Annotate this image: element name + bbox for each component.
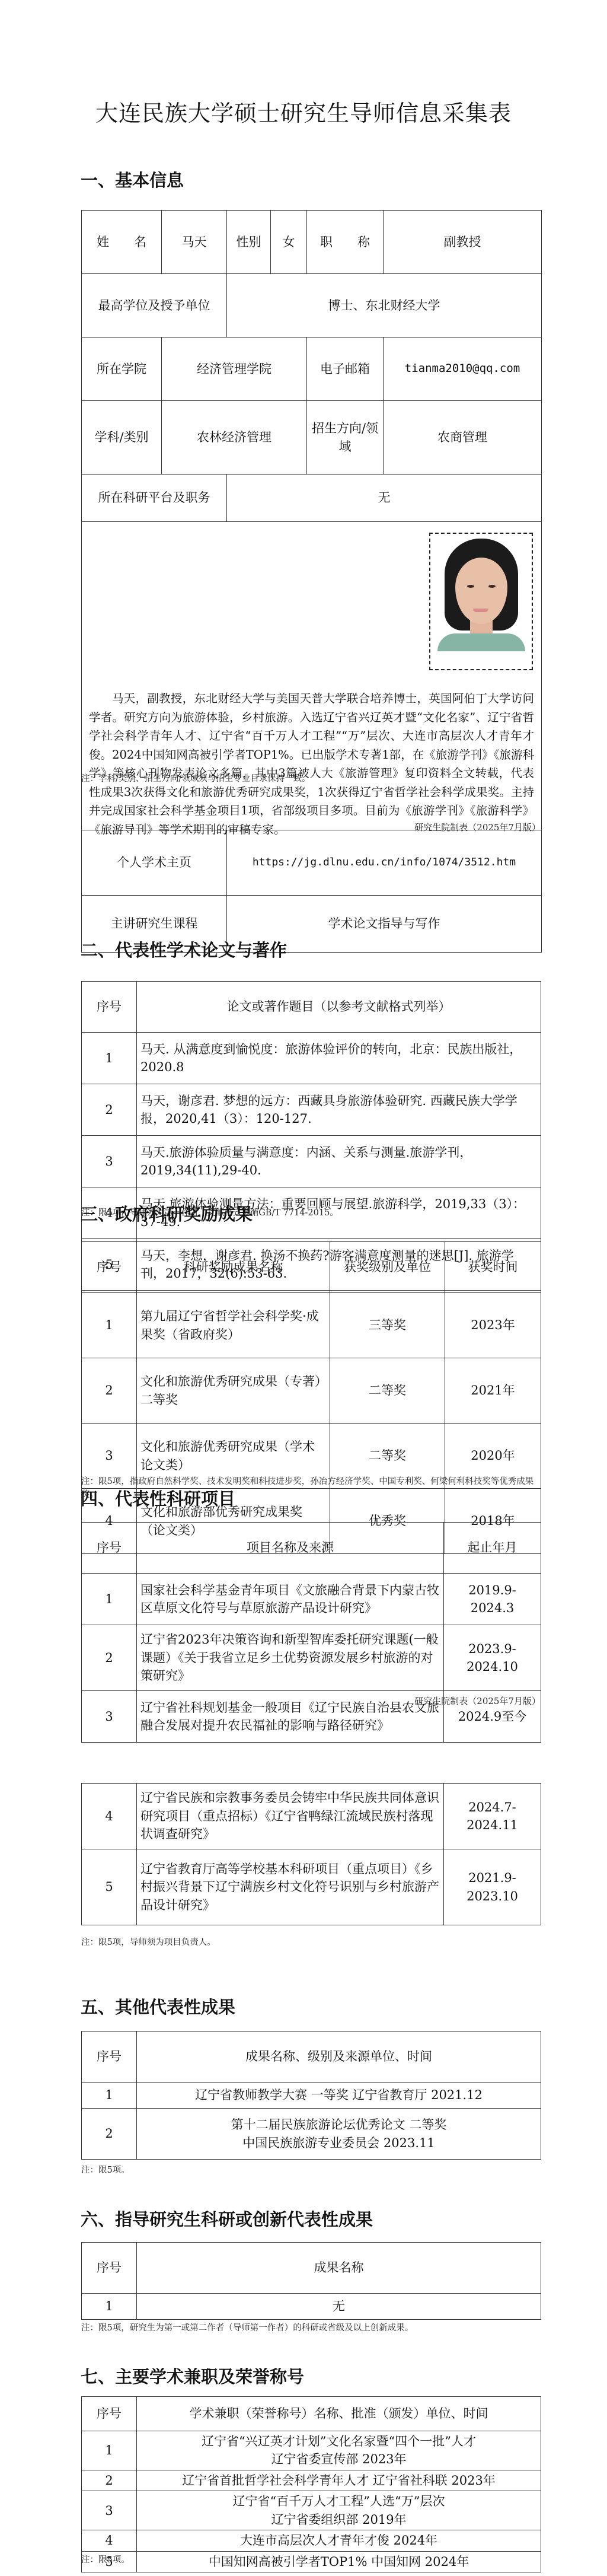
other-no: 2 <box>82 2109 137 2160</box>
name-value: 马天 <box>162 211 227 274</box>
award-name: 第九届辽宁省哲学社会科学奖·成果奖（省政府奖） <box>137 1293 330 1358</box>
honor-no: 1 <box>82 2431 137 2470</box>
honors-table: 序号学术兼职（荣誉称号）名称、批准（颁发）单位、时间 1辽宁省“兴辽英才计划”文… <box>81 2396 541 2572</box>
others-header-name: 成果名称、级别及来源单位、时间 <box>137 2031 541 2083</box>
name-label: 姓 名 <box>82 211 162 274</box>
photo-frame <box>429 533 533 670</box>
award-no: 2 <box>82 1358 137 1424</box>
honor-name: 辽宁省“兴辽英才计划”文化名家暨“四个一批”人才辽宁省委宣传部 2023年 <box>137 2431 541 2470</box>
awards-header-name: 科研奖励成果名称 <box>137 1242 330 1293</box>
students-header-no: 序号 <box>82 2243 137 2294</box>
honors-header-name: 学术兼职（荣誉称号）名称、批准（颁发）单位、时间 <box>137 2397 541 2431</box>
college-value: 经济管理学院 <box>162 337 307 401</box>
section-students-heading: 六、指导研究生科研或创新代表性成果 <box>81 2206 373 2231</box>
direction-label: 招生方向/领域 <box>307 401 384 475</box>
other-name: 辽宁省教师教学大赛 一等奖 辽宁省教育厅 2021.12 <box>137 2083 541 2109</box>
student-no: 1 <box>82 2294 137 2320</box>
project-period: 2023.9-2024.10 <box>444 1625 541 1691</box>
project-name: 辽宁省民族和宗教事务委员会铸牢中华民族共同体意识研究项目（重点招标）《辽宁省鸭绿… <box>137 1784 444 1849</box>
section-projects-heading: 四、代表性科研项目 <box>81 1486 235 1510</box>
honor-line: 辽宁省“百千万人才工程”人选“万”层次 <box>140 2492 537 2510</box>
email-value: tianma2010@qq.com <box>384 337 542 401</box>
honor-name: 大连市高层次人才青年才俊 2024年 <box>137 2530 541 2551</box>
paper-title: 马天.旅游体验质量与满意度：内涵、关系与测量.旅游学刊，2019,34(11),… <box>137 1136 541 1187</box>
project-name: 辽宁省社科规划基金一般项目《辽宁民族自治县农文旅融合发展对提升农民福祉的影响与路… <box>137 1691 444 1743</box>
paper-title: 马天. 从满意度到愉悦度：旅游体验评价的转向，北京：民族出版社，2020.8 <box>137 1033 541 1084</box>
project-name: 辽宁省2023年决策咨询和新型智库委托研究课题(一般课题）《关于我省立足乡土优势… <box>137 1625 444 1691</box>
gender-label: 性别 <box>227 211 271 274</box>
honor-no: 3 <box>82 2491 137 2530</box>
platform-value: 无 <box>227 475 542 522</box>
projects-header-no: 序号 <box>82 1523 137 1574</box>
other-name: 第十二届民族旅游论坛优秀论文 二等奖中国民族旅游专业委员会 2023.11 <box>137 2109 541 2160</box>
honor-line: 辽宁省首批哲学社会科学青年人才 辽宁省社科联 2023年 <box>140 2472 537 2489</box>
other-line: 辽宁省教师教学大赛 一等奖 辽宁省教育厅 2021.12 <box>140 2086 537 2104</box>
project-name: 国家社会科学基金青年项目《文旅融合背景下内蒙古牧区草原文化符号与草原旅游产品设计… <box>137 1574 444 1625</box>
students-table: 序号成果名称 1无 <box>81 2242 541 2320</box>
document-title: 大连民族大学硕士研究生导师信息采集表 <box>0 95 607 128</box>
degree-value: 博士、东北财经大学 <box>227 274 542 337</box>
honor-line: 辽宁省委宣传部 2023年 <box>140 2450 537 2468</box>
papers-header-no: 序号 <box>82 982 137 1033</box>
other-line: 第十二届民族旅游论坛优秀论文 二等奖 <box>140 2116 537 2134</box>
section-others-heading: 五、其他代表性成果 <box>81 1994 235 2018</box>
project-no: 4 <box>82 1784 137 1849</box>
others-header-no: 序号 <box>82 2031 137 2083</box>
project-period: 2024.7-2024.11 <box>444 1784 541 1849</box>
project-period: 2019.9-2024.3 <box>444 1574 541 1625</box>
projects-header-period: 起止年月 <box>444 1523 541 1574</box>
paper-title: 马天，谢彦君. 梦想的远方：西藏具身旅游体验研究. 西藏民族大学学报，2020,… <box>137 1084 541 1136</box>
honors-header-no: 序号 <box>82 2397 137 2431</box>
homepage-link[interactable]: https://jg.dlnu.edu.cn/info/1074/3512.ht… <box>227 830 542 896</box>
award-no: 1 <box>82 1293 137 1358</box>
others-note: 注：限5项。 <box>81 2164 541 2177</box>
paper-no: 1 <box>82 1033 137 1084</box>
basic-info-table: 姓 名 马天 性别 女 职 称 副教授 最高学位及授予单位 博士、东北财经大学 … <box>81 210 542 953</box>
project-no: 1 <box>82 1574 137 1625</box>
paper-no: 2 <box>82 1084 137 1136</box>
awards-header-no: 序号 <box>82 1242 137 1293</box>
award-time: 2023年 <box>445 1293 541 1358</box>
projects-note: 注：限5项，导师须为项目负责人。 <box>81 1936 541 1949</box>
honor-line: 辽宁省委组织部 2019年 <box>140 2511 537 2529</box>
portrait-photo <box>437 539 525 651</box>
project-name: 辽宁省教育厅高等学校基本科研项目（重点项目）《乡村振兴背景下辽宁满族乡村文化符号… <box>137 1849 444 1925</box>
section-papers-heading: 二、代表性学术论文与著作 <box>81 937 287 961</box>
bio-text: 马天，副教授，东北财经大学与美国天普大学联合培养博士，英国阿伯丁大学访问学者。研… <box>82 689 541 839</box>
honor-name: 辽宁省“百千万人才工程”人选“万”层次辽宁省委组织部 2019年 <box>137 2491 541 2530</box>
discipline-label: 学科/类别 <box>82 401 162 475</box>
title-label: 职 称 <box>307 211 384 274</box>
title-value: 副教授 <box>384 211 542 274</box>
awards-header-time: 获奖时间 <box>445 1242 541 1293</box>
section-awards-heading: 三、政府科研奖励成果 <box>81 1201 253 1225</box>
honor-line: 辽宁省“兴辽英才计划”文化名家暨“四个一批”人才 <box>140 2432 537 2450</box>
honor-line: 大连市高层次人才青年才俊 2024年 <box>140 2532 537 2549</box>
award-level: 二等奖 <box>330 1358 445 1424</box>
page-footer-1: 研究生院制表（2025年7月版） <box>414 821 541 833</box>
project-no: 3 <box>82 1691 137 1743</box>
paper-no: 3 <box>82 1136 137 1187</box>
page-footer-2: 研究生院制表（2025年7月版） <box>414 1695 541 1707</box>
other-no: 1 <box>82 2083 137 2109</box>
discipline-value: 农林经济管理 <box>162 401 307 475</box>
projects-table-part1: 序号 项目名称及来源 起止年月 1国家社会科学基金青年项目《文旅融合背景下内蒙古… <box>81 1522 541 1743</box>
papers-header-title: 论文或著作题目（以参考文献格式列举） <box>137 982 541 1033</box>
email-label: 电子邮箱 <box>307 337 384 401</box>
direction-value: 农商管理 <box>384 401 542 475</box>
honor-no: 2 <box>82 2470 137 2491</box>
award-level: 三等奖 <box>330 1293 445 1358</box>
award-name: 文化和旅游优秀研究成果（专著）二等奖 <box>137 1358 330 1424</box>
project-no: 5 <box>82 1849 137 1925</box>
honor-no: 4 <box>82 2530 137 2551</box>
honors-note: 注：限5项。 <box>81 2553 541 2567</box>
other-line: 中国民族旅游专业委员会 2023.11 <box>140 2134 537 2152</box>
awards-header-level: 获奖级别及单位 <box>330 1242 445 1293</box>
project-no: 2 <box>82 1625 137 1691</box>
students-header-name: 成果名称 <box>137 2243 541 2294</box>
platform-label: 所在科研平台及职务 <box>82 475 227 522</box>
gender-value: 女 <box>271 211 307 274</box>
others-table: 序号成果名称、级别及来源单位、时间 1辽宁省教师教学大赛 一等奖 辽宁省教育厅 … <box>81 2031 541 2160</box>
degree-label: 最高学位及授予单位 <box>82 274 227 337</box>
college-label: 所在学院 <box>82 337 162 401</box>
projects-table-part2: 4辽宁省民族和宗教事务委员会铸牢中华民族共同体意识研究项目（重点招标）《辽宁省鸭… <box>81 1783 541 1925</box>
award-time: 2021年 <box>445 1358 541 1424</box>
section-basic-heading: 一、基本信息 <box>81 167 184 192</box>
section-honors-heading: 七、主要学术兼职及荣誉称号 <box>81 2364 304 2388</box>
students-note: 注：限5项，研究生为第一或第二作者（导师第一作者）的科研或省级及以上创新成果。 <box>81 2322 541 2335</box>
student-name: 无 <box>137 2294 541 2320</box>
projects-header-name: 项目名称及来源 <box>137 1523 444 1574</box>
basic-note: 注：学科/类别、招生方向/领域须与招生专业目录保持一致。 <box>81 772 541 785</box>
honor-name: 辽宁省首批哲学社会科学青年人才 辽宁省社科联 2023年 <box>137 2470 541 2491</box>
project-period: 2021.9-2023.10 <box>444 1849 541 1925</box>
homepage-label: 个人学术主页 <box>82 830 227 896</box>
